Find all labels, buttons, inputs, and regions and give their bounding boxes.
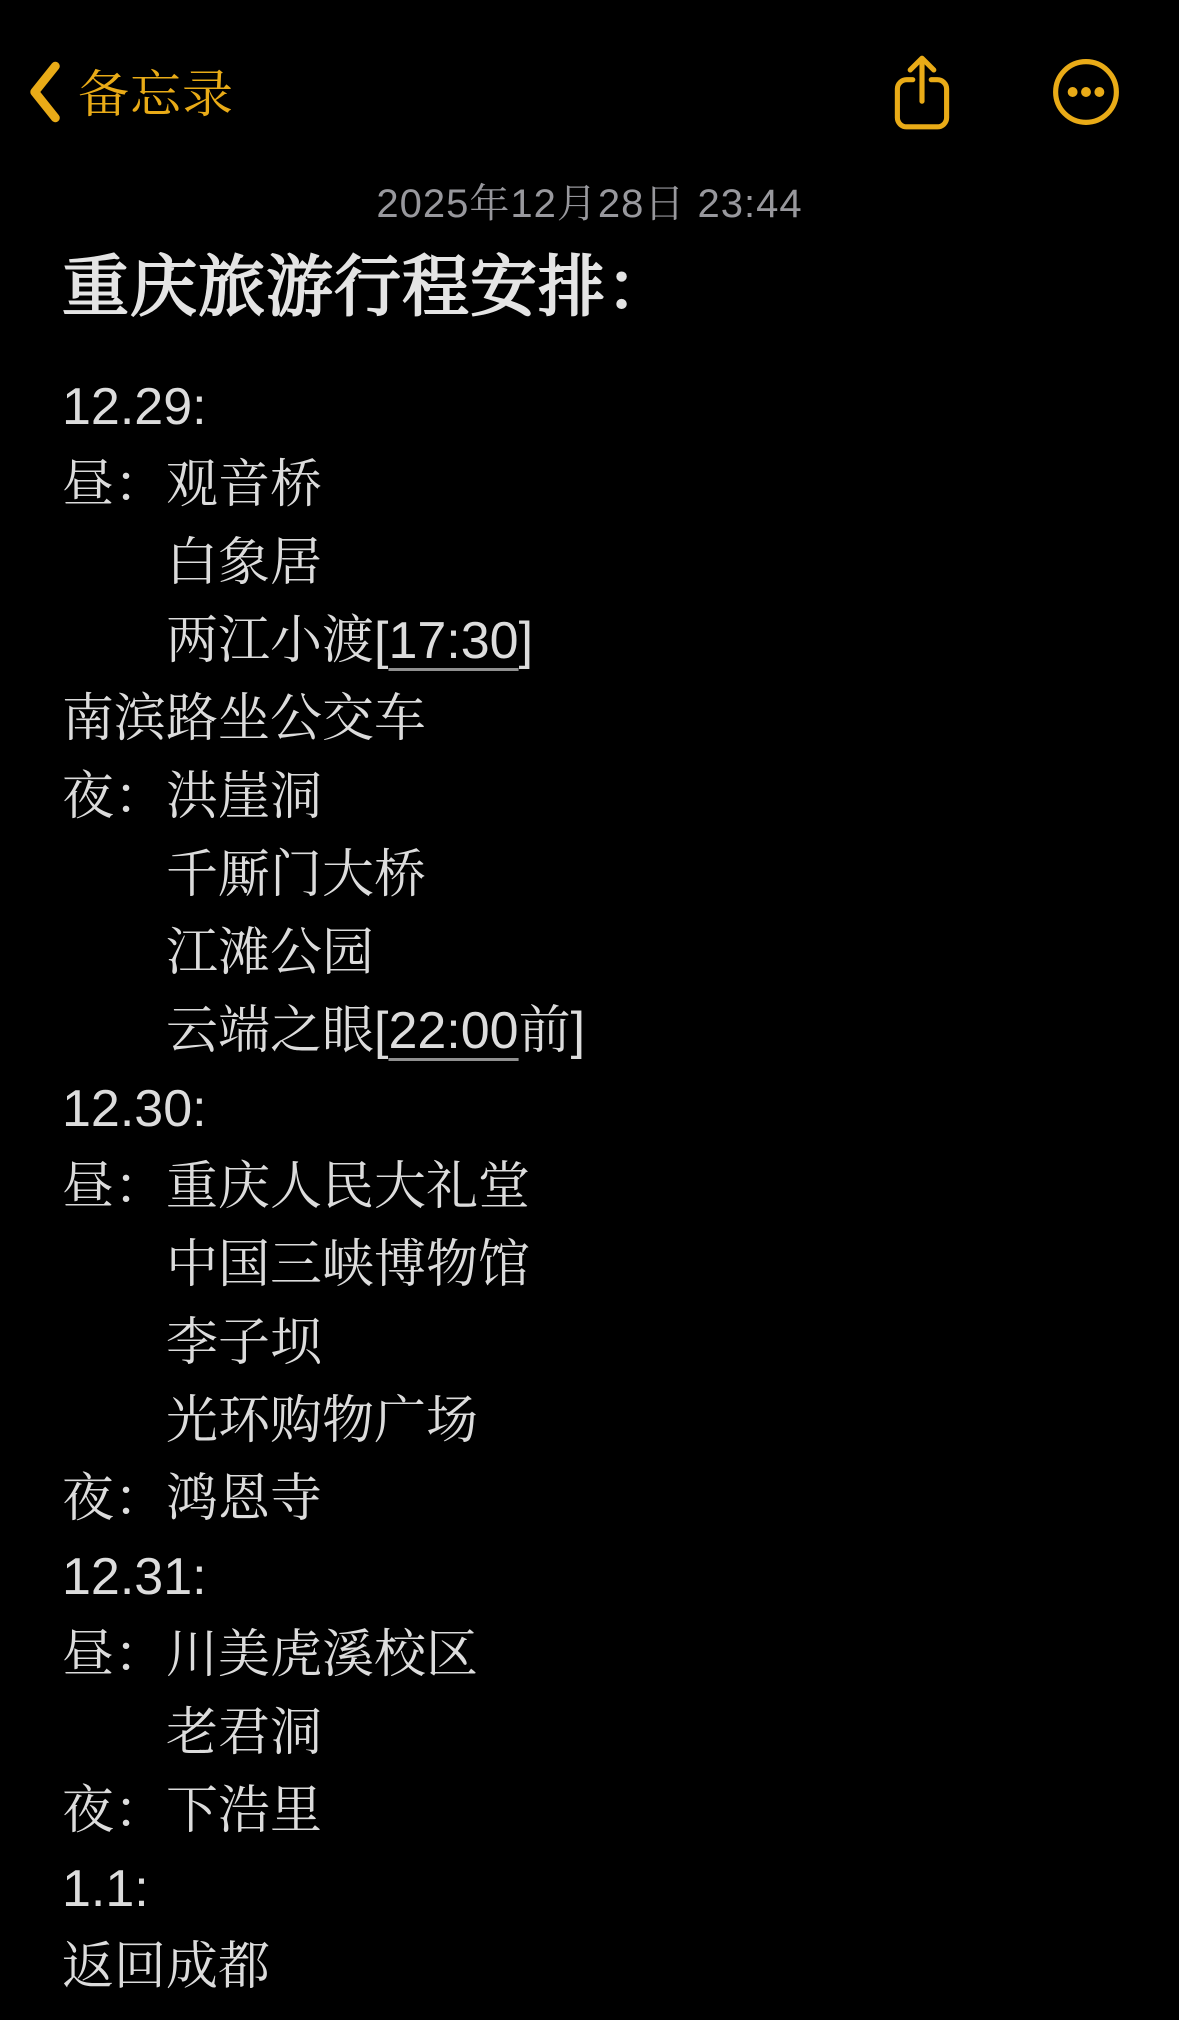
note-line: 昼：重庆人民大礼堂: [62, 1148, 1139, 1226]
chevron-left-icon: [26, 61, 62, 123]
note-title: 重庆旅游行程安排：: [62, 246, 1139, 330]
note-line: 昼：川美虎溪校区: [62, 1616, 1139, 1694]
time-link[interactable]: 22:00: [388, 1002, 518, 1060]
text-segment: 两江小渡[: [166, 612, 388, 670]
note-line: 夜：鸿恩寺: [62, 1460, 1139, 1538]
note-line: 老君洞: [62, 1694, 1139, 1772]
text-segment: ]: [519, 612, 533, 670]
text-segment: 12.30:: [62, 1080, 207, 1138]
text-segment: 昼：重庆人民大礼堂: [62, 1158, 530, 1216]
note-line: 云端之眼[22:00前]: [62, 992, 1139, 1070]
nav-bar: 备忘录: [0, 44, 1179, 140]
note-line: 光环购物广场: [62, 1382, 1139, 1460]
text-segment: 昼：观音桥: [62, 456, 322, 514]
note-line: 江滩公园: [62, 914, 1139, 992]
note-line: 返回成都: [62, 1928, 1139, 2006]
note-line: 12.30:: [62, 1070, 1139, 1148]
note-line: 昼：观音桥: [62, 446, 1139, 524]
ellipsis-circle-icon: [1051, 57, 1121, 127]
text-segment: 光环购物广场: [166, 1392, 478, 1450]
note-line: 夜：洪崖洞: [62, 758, 1139, 836]
text-segment: 白象居: [166, 534, 322, 592]
text-segment: 老君洞: [166, 1704, 322, 1762]
share-button[interactable]: [891, 52, 953, 132]
text-segment: 夜：鸿恩寺: [62, 1470, 322, 1528]
time-link[interactable]: 17:30: [388, 612, 518, 670]
text-segment: 12.29:: [62, 378, 207, 436]
back-button[interactable]: 备忘录: [26, 61, 234, 123]
note-line: 12.31:: [62, 1538, 1139, 1616]
text-segment: 12.31:: [62, 1548, 207, 1606]
note-line: 李子坝: [62, 1304, 1139, 1382]
back-button-label: 备忘录: [78, 65, 234, 120]
text-segment: 千厮门大桥: [166, 846, 426, 904]
more-button[interactable]: [1051, 57, 1121, 127]
text-segment: 返回成都: [62, 1938, 270, 1996]
note-body[interactable]: 12.29:昼：观音桥白象居两江小渡[17:30]南滨路坐公交车夜：洪崖洞千厮门…: [62, 368, 1139, 2020]
share-icon: [891, 52, 953, 132]
text-segment: 南滨路坐公交车: [62, 690, 426, 748]
note-line: 千厮门大桥: [62, 836, 1139, 914]
text-segment: 1.1:: [62, 1860, 149, 1918]
note-line: 12.29:: [62, 368, 1139, 446]
text-segment: 夜：下浩里: [62, 1782, 322, 1840]
text-segment: 前]: [519, 1002, 585, 1060]
text-segment: 李子坝: [166, 1314, 322, 1372]
text-segment: 夜：洪崖洞: [62, 768, 322, 826]
text-segment: 云端之眼[: [166, 1002, 388, 1060]
note-line: 南滨路坐公交车: [62, 680, 1139, 758]
note-line: 1.1:: [62, 1850, 1139, 1928]
note-line: 白象居: [62, 524, 1139, 602]
text-segment: 中国三峡博物馆: [166, 1236, 530, 1294]
text-segment: 江滩公园: [166, 924, 374, 982]
note-line: 两江小渡[17:30]: [62, 602, 1139, 680]
note-timestamp: 2025年12月28日 23:44: [0, 172, 1179, 229]
note-line: 中国三峡博物馆: [62, 1226, 1139, 1304]
nav-actions: [891, 52, 1121, 132]
notes-app-screen: 备忘录: [0, 0, 1179, 2020]
note-line: 夜：下浩里: [62, 1772, 1139, 1850]
text-segment: 昼：川美虎溪校区: [62, 1626, 478, 1684]
